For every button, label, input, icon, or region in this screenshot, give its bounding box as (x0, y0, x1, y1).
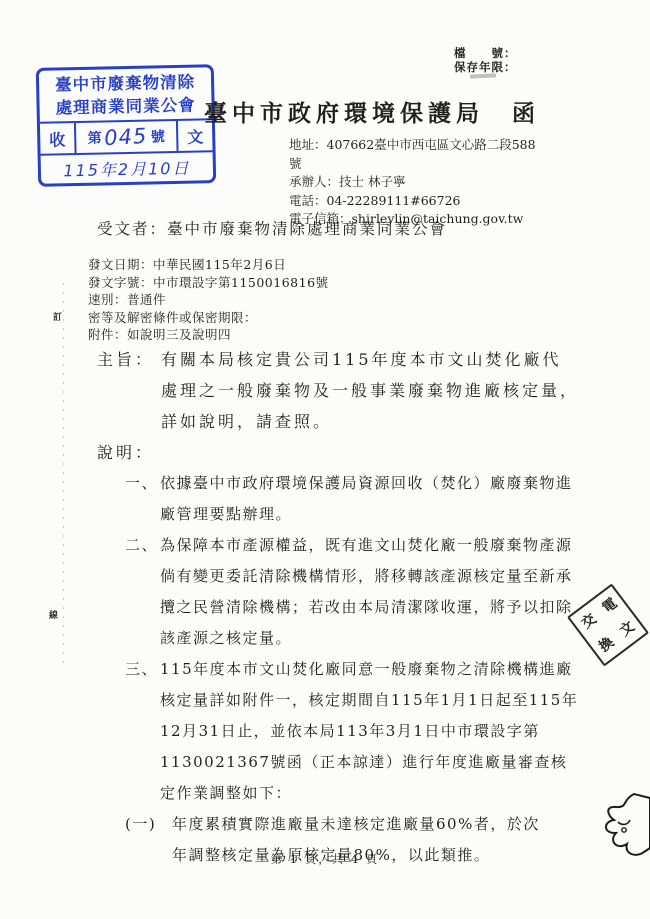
retention-period-label: 保存年限： (454, 61, 517, 75)
received-stamp-number-row: 收 第 045 號 文 (40, 118, 213, 156)
file-meta-block: 檔 號： 保存年限： (454, 47, 517, 74)
received-stamp-number-cell: 第 045 號 (74, 121, 179, 153)
received-stamp: 臺中市廢棄物清除 處理商業同業公會 收 第 045 號 文 115年2月10日 (36, 64, 216, 187)
doc-no-prefix: 第 (87, 128, 101, 148)
binding-mark-ding: 訂 (53, 310, 62, 323)
exchange-stamp-char: 文 (617, 619, 637, 639)
exchange-stamp-char: 換 (597, 635, 617, 655)
item-text: 依據臺中市政府環境保護局資源回收（焚化）廠廢棄物進廠管理要點辦理。 (160, 468, 580, 530)
issue-number: 發文字號：中市環設字第1150016816號 (88, 274, 329, 292)
explanation-label: 說明： (97, 437, 580, 468)
agency-address-line2: 號 (289, 155, 536, 174)
scanned-official-letter: 檔 號： 保存年限： 臺中市廢棄物清除 處理商業同業公會 收 第 045 號 文… (0, 0, 650, 919)
page-number: 第 1 頁，共 4 頁 (0, 851, 650, 867)
received-stamp-org-line2: 處理商業同業公會 (41, 93, 209, 120)
received-stamp-receive-char: 收 (40, 127, 74, 151)
secrecy-class: 密等及解密條件或保密期限： (88, 309, 329, 327)
item-text: 為保障本市產源權益，既有進文山焚化廠一般廢棄物產源倘有變更委託清除機構情形，將移… (160, 530, 580, 654)
issue-date: 發文日期：中華民國115年2月6日 (88, 256, 329, 274)
binding-dotted-line (63, 283, 64, 663)
exchange-stamp-char: 交 (579, 611, 599, 631)
explanation-item-1: 一、 依據臺中市政府環境保護局資源回收（焚化）廠廢棄物進廠管理要點辦理。 (125, 468, 580, 530)
scan-smudge (470, 73, 496, 78)
item-number: 一、 (125, 468, 160, 530)
received-stamp-date: 115年2月10日 (41, 152, 214, 184)
attachment-note: 附件：如說明三及說明四 (88, 326, 329, 344)
exchange-stamp-char: 電 (600, 596, 620, 616)
letter-body: 主旨： 有關本局核定貴公司115年度本市文山焚化廠代處理之一般廢棄物及一般事業廢… (97, 344, 580, 871)
letter-title: 臺中市政府環境保護局 函 (204, 95, 540, 128)
subject-text: 有關本局核定貴公司115年度本市文山焚化廠代處理之一般廢棄物及一般事業廢棄物進廠… (161, 344, 580, 437)
item-text: 115年度本市文山焚化廠同意一般廢棄物之清除機構進廠核定量詳如附件一，核定期間自… (160, 654, 580, 809)
item-number: 三、 (125, 654, 160, 809)
doc-info-block: 發文日期：中華民國115年2月6日 發文字號：中市環設字第1150016816號… (88, 256, 329, 344)
explanation-item-3: 三、 115年度本市文山焚化廠同意一般廢棄物之清除機構進廠核定量詳如附件一，核定… (125, 654, 580, 809)
speed-class: 速別：普通件 (88, 291, 329, 309)
subject-paragraph: 主旨： 有關本局核定貴公司115年度本市文山焚化廠代處理之一般廢棄物及一般事業廢… (97, 344, 580, 437)
doc-no-suffix: 號 (151, 126, 165, 146)
agency-phone: 電話：04-22289111#66726 (289, 192, 536, 211)
explanation-item-2: 二、 為保障本市產源權益，既有進文山焚化廠一般廢棄物產源倘有變更委託清除機構情形… (125, 530, 580, 654)
agency-contact-person: 承辦人：技士 林子寧 (289, 173, 536, 192)
agency-contact-block: 地址：407662臺中市西屯區文心路二段588 號 承辦人：技士 林子寧 電話：… (289, 136, 536, 229)
agency-address-line1: 地址：407662臺中市西屯區文心路二段588 (289, 136, 536, 155)
doc-no-handwritten: 045 (104, 124, 148, 150)
binding-mark-xian: 線 (49, 608, 58, 621)
subject-label: 主旨： (97, 344, 161, 437)
item-number: 二、 (125, 530, 160, 654)
recipient-line: 受文者：臺中市廢棄物清除處理商業同業公會 (97, 217, 447, 239)
received-stamp-org: 臺中市廢棄物清除 處理商業同業公會 (39, 67, 212, 122)
file-number-label: 檔 號： (454, 47, 517, 61)
